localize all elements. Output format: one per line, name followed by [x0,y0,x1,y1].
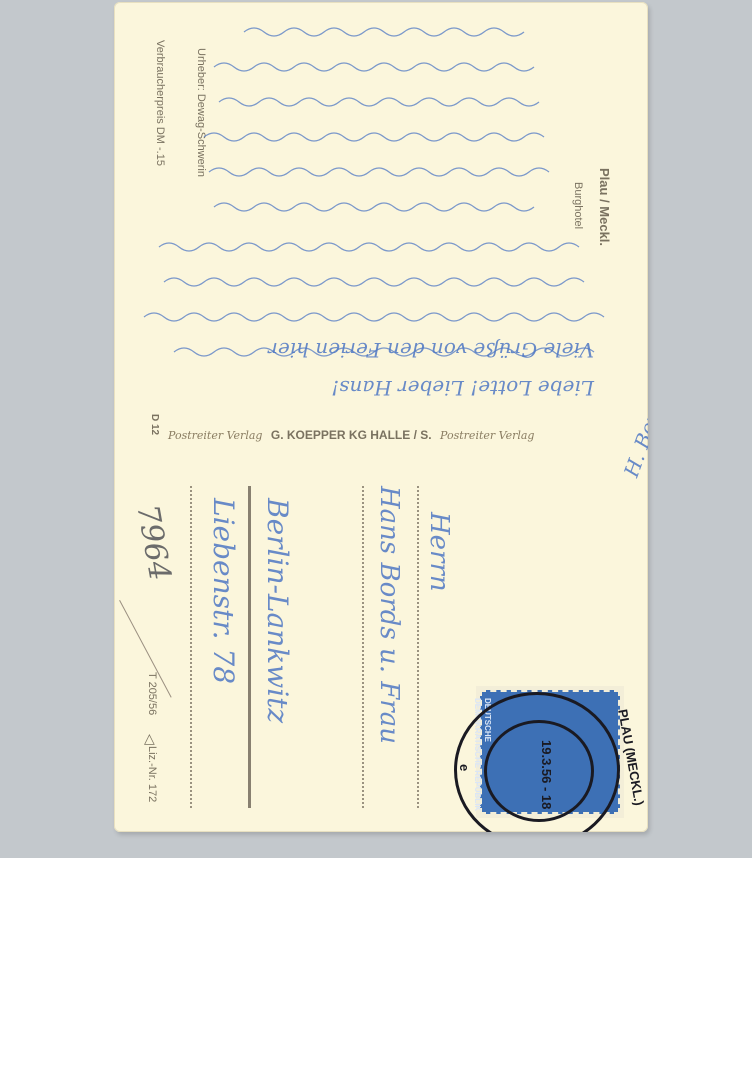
address-street: Liebenstr. 78 [207,498,240,684]
series-code: D 12 [149,414,160,435]
address-line [417,486,419,808]
address-line [190,486,192,808]
license-text: Liz.-Nr. 172 [146,746,158,802]
postcard: Urheber: Dewag-Schwerin Verbraucherpreis… [114,2,648,832]
postmark-code: e [457,764,472,771]
publisher-logo-icon: △ [144,730,155,747]
address-name: Hans Bords u. Frau [374,486,404,744]
address-salutation: Herrn [424,512,454,592]
publisher-name: G. KOEPPER KG HALLE / S. [271,428,432,442]
publisher-line: Postreiter Verlag G. KOEPPER KG HALLE / … [168,426,534,444]
pencil-note: 7964 [130,502,178,583]
postmark-date: 19.3.56 - 18 [539,740,554,809]
publisher-right: Postreiter Verlag [440,429,534,442]
catalog-code: T 205/56 [146,672,158,715]
address-line [362,486,364,808]
publisher-left: Postreiter Verlag [168,429,262,442]
sender-location: Plau Burghotel [646,462,648,616]
address-city: Berlin-Lankwitz [261,498,294,723]
cursive-message-strokes [134,12,634,412]
address-line [248,486,251,808]
